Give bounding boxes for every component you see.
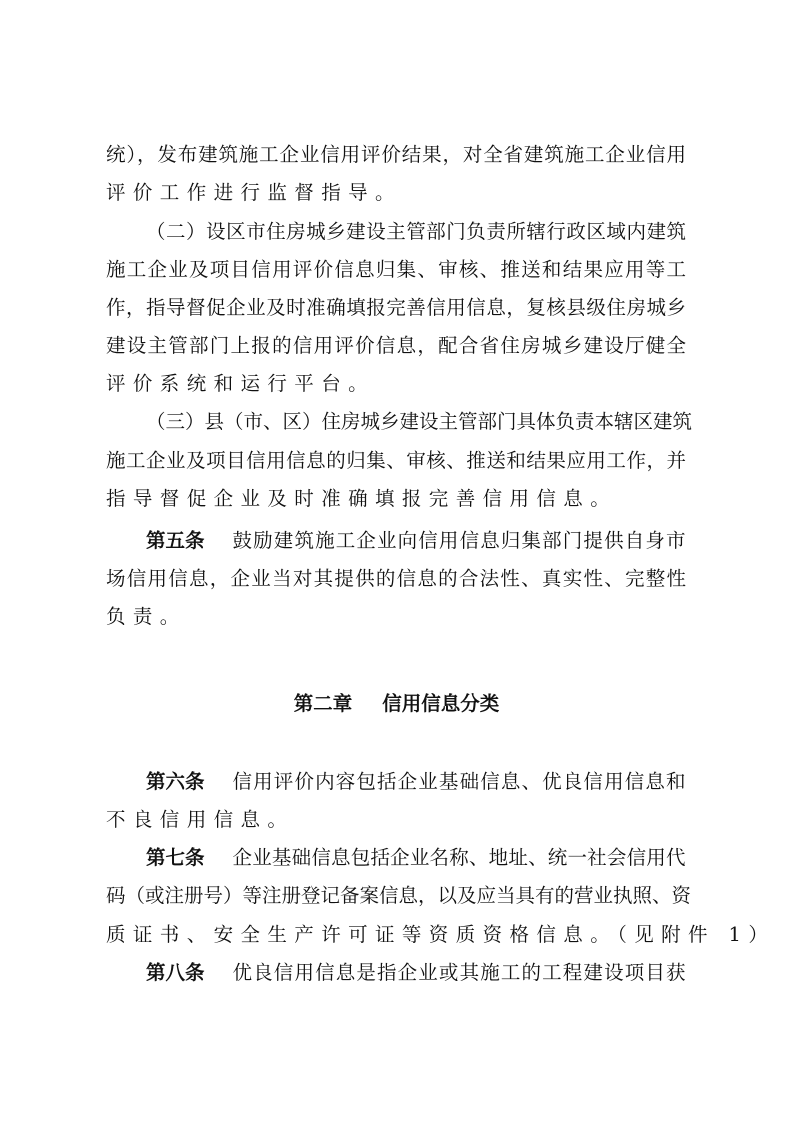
line-text: 施工企业及项目信用信息的归集、审核、推送和结果应用工作，并 bbox=[106, 449, 686, 472]
article-paragraph-line: 第七条企业基础信息包括企业名称、地址、统一社会信用代 bbox=[146, 846, 686, 870]
paragraph-line: 指导督促企业及时准确填报完善信用信息。 bbox=[106, 487, 686, 511]
line-text: 统），发布建筑施工企业信用评价结果，对全省建筑施工企业信用 bbox=[106, 143, 686, 166]
paragraph-line: 作，指导督促企业及时准确填报完善信用信息，复核县级住房城乡 bbox=[106, 296, 686, 320]
line-text: 施工企业及项目信用评价信息归集、审核、推送和结果应用等工 bbox=[106, 258, 686, 281]
paragraph-line: 建设主管部门上报的信用评价信息，配合省住房城乡建设厅健全 bbox=[106, 334, 686, 358]
chapter-number: 第二章 bbox=[294, 692, 353, 715]
line-text: 不良信用信息。 bbox=[106, 808, 294, 831]
article-paragraph-line: 第五条鼓励建筑施工企业向信用信息归集部门提供自身市 bbox=[146, 529, 686, 553]
line-text: 优良信用信息是指企业或其施工的工程建设项目获 bbox=[233, 961, 686, 985]
paragraph-line: 评价工作进行监督指导。 bbox=[106, 181, 686, 205]
paragraph-line: 码（或注册号）等注册登记备案信息，以及应当具有的营业执照、资 bbox=[106, 884, 686, 908]
line-text: 评价系统和运行平台。 bbox=[106, 372, 375, 395]
line-text: 评价工作进行监督指导。 bbox=[106, 181, 402, 204]
paragraph-line: 场信用信息，企业当对其提供的信息的合法性、真实性、完整性 bbox=[106, 567, 686, 591]
line-text: 负责。 bbox=[106, 605, 187, 628]
line-text: （二）设区市住房城乡建设主管部门负责所辖行政区域内建筑 bbox=[146, 220, 686, 243]
paragraph-line: 负责。 bbox=[106, 605, 686, 629]
line-text: 企业基础信息包括企业名称、地址、统一社会信用代 bbox=[233, 846, 686, 870]
article-number: 第五条 bbox=[146, 529, 205, 552]
paragraph-line: 统），发布建筑施工企业信用评价结果，对全省建筑施工企业信用 bbox=[106, 143, 686, 167]
line-text: 鼓励建筑施工企业向信用信息归集部门提供自身市 bbox=[233, 529, 686, 553]
line-text: 作，指导督促企业及时准确填报完善信用信息，复核县级住房城乡 bbox=[106, 296, 686, 319]
paragraph-line: （三）县（市、区）住房城乡建设主管部门具体负责本辖区建筑 bbox=[146, 410, 686, 434]
article-paragraph-line: 第八条优良信用信息是指企业或其施工的工程建设项目获 bbox=[146, 961, 686, 985]
article-number: 第七条 bbox=[146, 846, 205, 869]
article-number: 第八条 bbox=[146, 961, 205, 984]
article-paragraph-line: 第六条信用评价内容包括企业基础信息、优良信用信息和 bbox=[146, 770, 686, 794]
line-text: （三）县（市、区）住房城乡建设主管部门具体负责本辖区建筑 bbox=[146, 410, 692, 433]
line-text: 质证书、安全生产许可证等资质资格信息。（见附件 1） bbox=[106, 923, 775, 946]
chapter-heading: 第二章信用信息分类 bbox=[0, 691, 793, 717]
paragraph-line: 质证书、安全生产许可证等资质资格信息。（见附件 1） bbox=[106, 923, 686, 947]
paragraph-line: （二）设区市住房城乡建设主管部门负责所辖行政区域内建筑 bbox=[146, 220, 686, 244]
chapter-title: 信用信息分类 bbox=[382, 692, 499, 715]
line-text: 建设主管部门上报的信用评价信息，配合省住房城乡建设厅健全 bbox=[106, 334, 686, 357]
paragraph-line: 施工企业及项目信用评价信息归集、审核、推送和结果应用等工 bbox=[106, 258, 686, 282]
paragraph-line: 施工企业及项目信用信息的归集、审核、推送和结果应用工作，并 bbox=[106, 449, 686, 473]
paragraph-line: 不良信用信息。 bbox=[106, 808, 686, 832]
article-number: 第六条 bbox=[146, 770, 205, 793]
line-text: 信用评价内容包括企业基础信息、优良信用信息和 bbox=[233, 770, 686, 794]
line-text: 指导督促企业及时准确填报完善信用信息。 bbox=[106, 487, 617, 510]
line-text: 场信用信息，企业当对其提供的信息的合法性、真实性、完整性 bbox=[106, 567, 686, 590]
line-text: 码（或注册号）等注册登记备案信息，以及应当具有的营业执照、资 bbox=[106, 884, 691, 907]
document-page: 统），发布建筑施工企业信用评价结果，对全省建筑施工企业信用评价工作进行监督指导。… bbox=[0, 0, 793, 1122]
paragraph-line: 评价系统和运行平台。 bbox=[106, 372, 686, 396]
